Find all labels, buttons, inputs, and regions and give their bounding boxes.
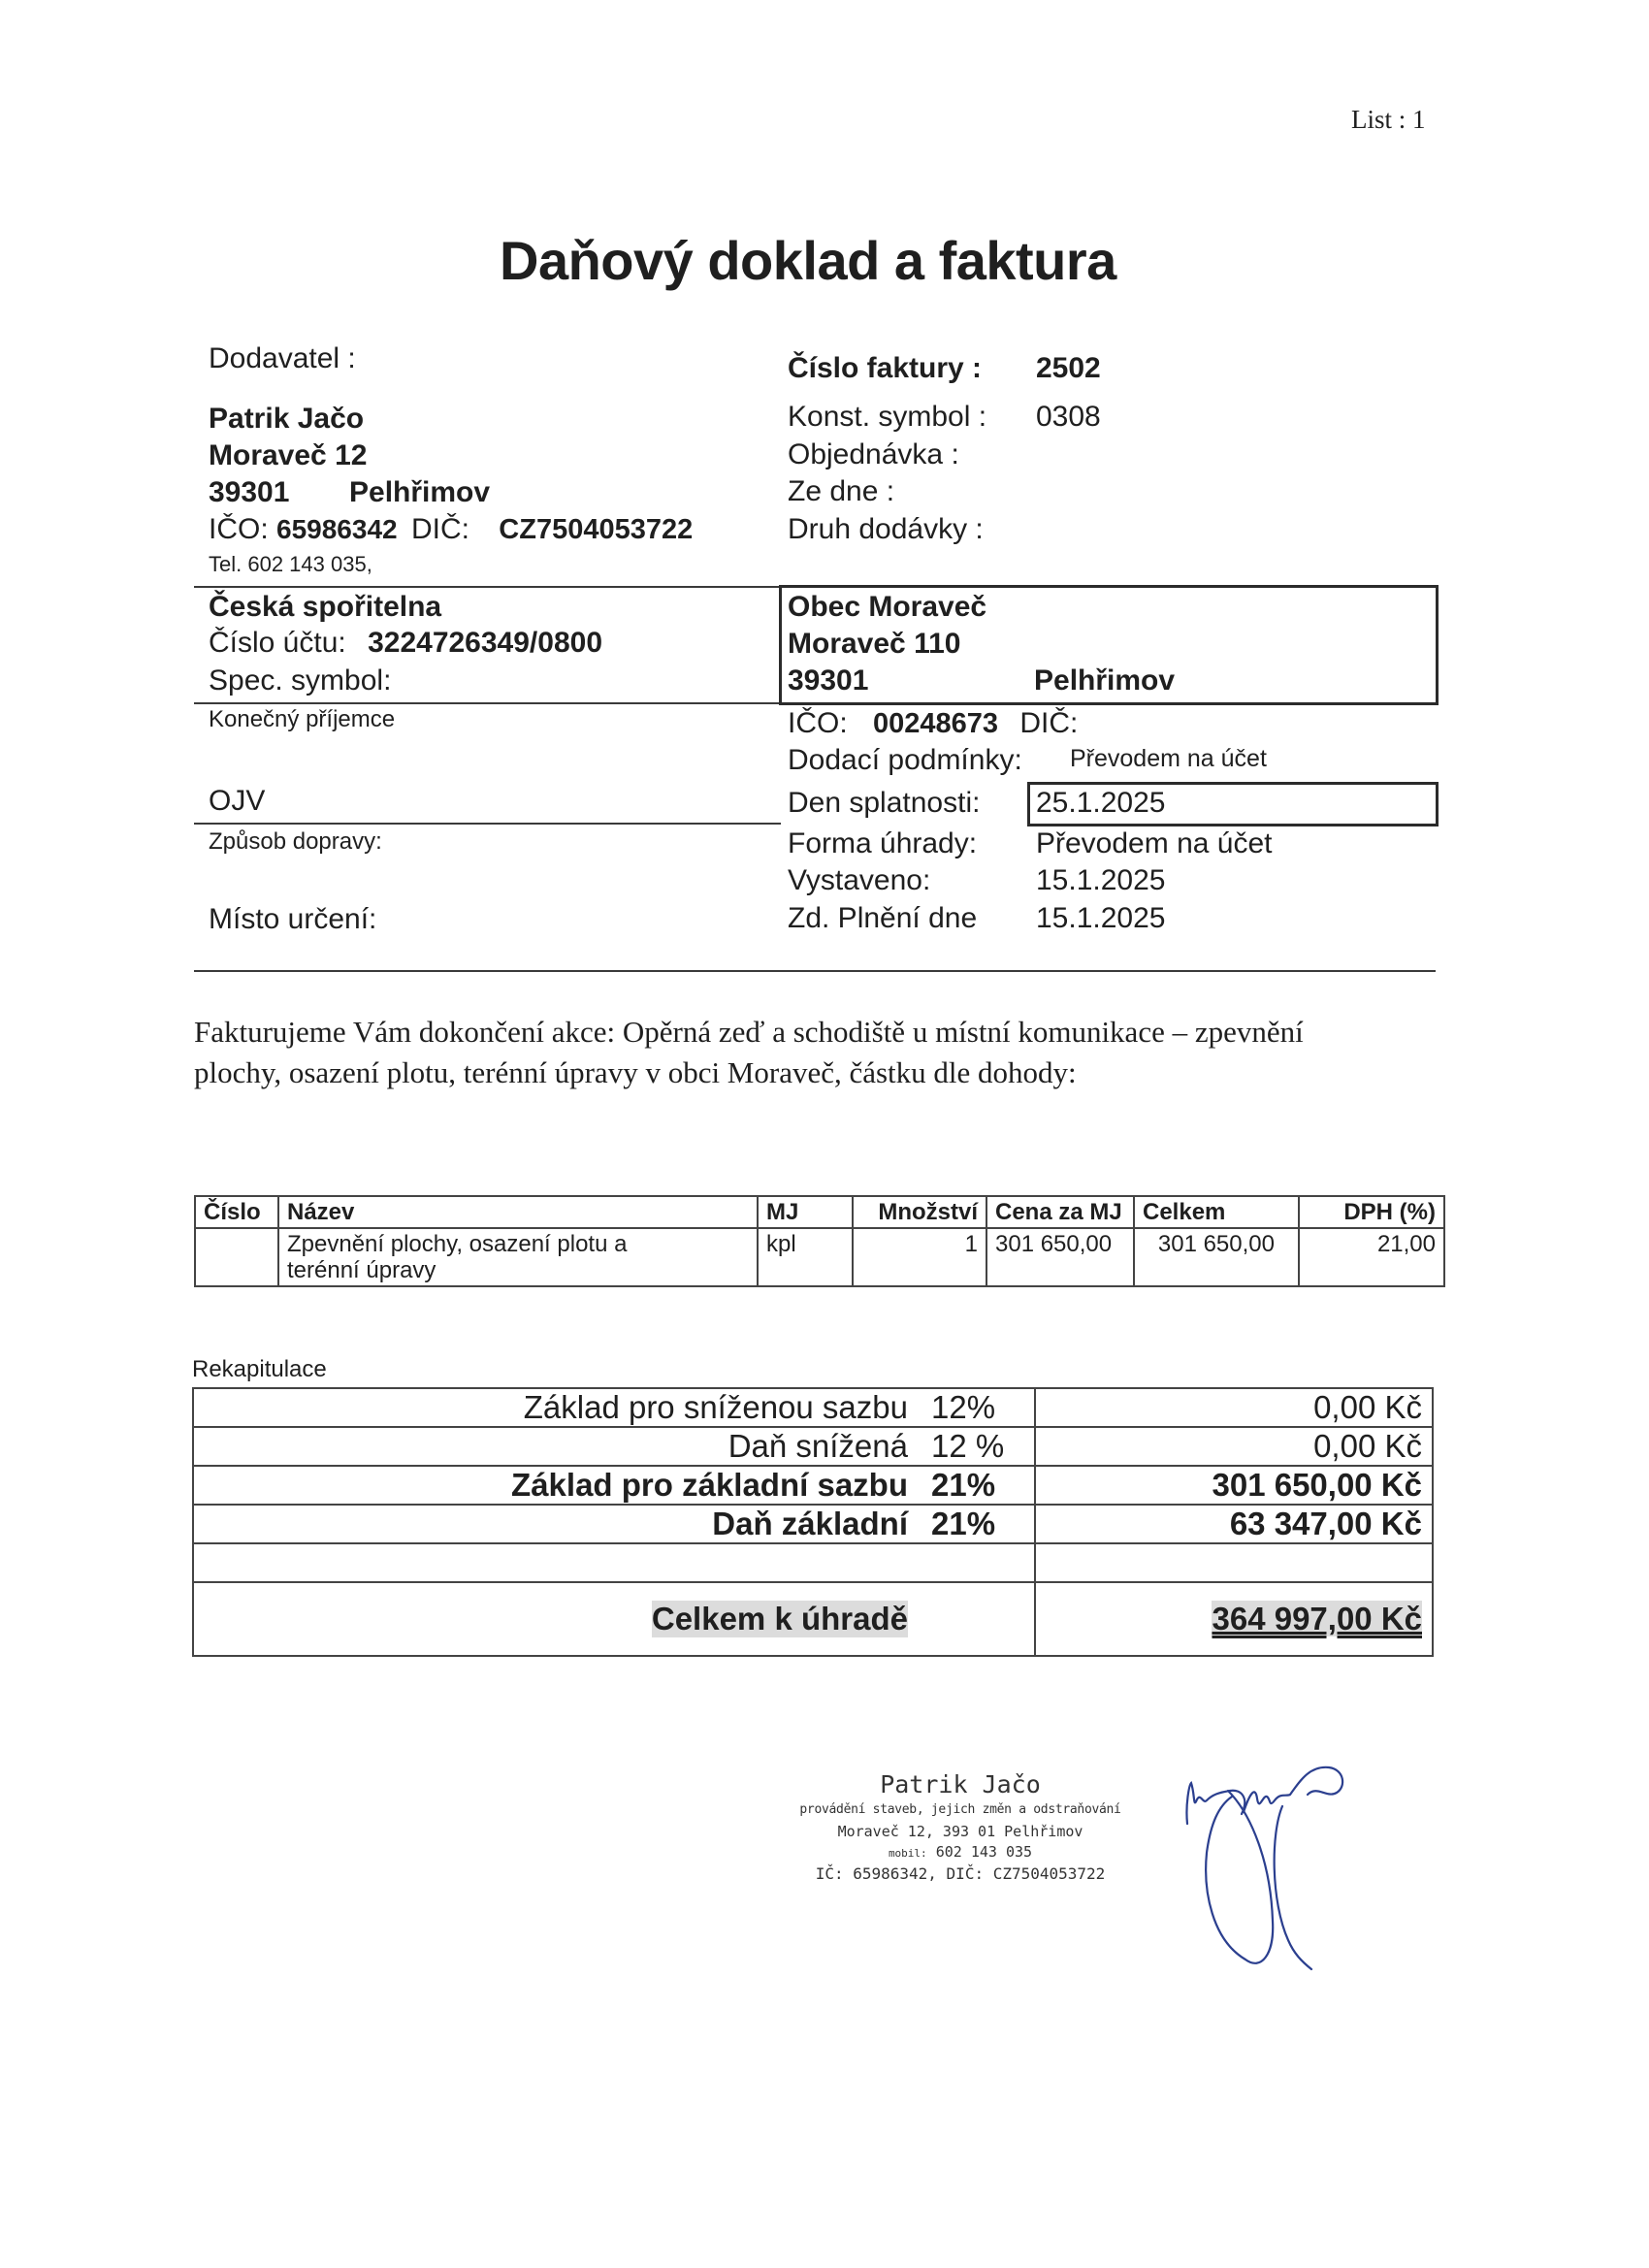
items-header-row: Číslo Název MJ Množství Cena za MJ Celke… xyxy=(195,1196,1444,1228)
issued-date: 15.1.2025 xyxy=(1036,863,1165,898)
customer-street: Moraveč 110 xyxy=(788,627,960,662)
due-date: 25.1.2025 xyxy=(1036,786,1165,821)
stamp-name: Patrik Jačo xyxy=(766,1770,1154,1799)
taxable-date-label: Zd. Plnění dne xyxy=(788,901,977,936)
supplier-city: Pelhřimov xyxy=(349,475,490,510)
item-number xyxy=(195,1228,278,1286)
item-quantity: 1 xyxy=(853,1228,986,1286)
due-date-label: Den splatnosti: xyxy=(788,786,980,821)
delivery-terms-label: Dodací podmínky: xyxy=(788,743,1022,778)
page-title: Daňový doklad a faktura xyxy=(500,229,1116,292)
customer-city: Pelhřimov xyxy=(1034,664,1175,698)
recap-row: Základ pro základní sazbu21% 301 650,00 … xyxy=(193,1466,1433,1505)
total-amount: 364 997,00 Kč xyxy=(1212,1601,1422,1636)
issued-label: Vystaveno: xyxy=(788,863,930,898)
recap-row-amount: 0,00 Kč xyxy=(1035,1427,1433,1466)
customer-zip: 39301 xyxy=(788,664,868,698)
recap-row-amount xyxy=(1035,1543,1433,1582)
const-symbol: 0308 xyxy=(1036,400,1101,435)
recap-label: Rekapitulace xyxy=(192,1356,327,1383)
col-vat: DPH (%) xyxy=(1299,1196,1444,1228)
col-total: Celkem xyxy=(1134,1196,1299,1228)
supplier-dic-label: DIČ: xyxy=(411,513,469,545)
recap-row-rate: 21% xyxy=(908,1467,1034,1504)
customer-ico: 00248673 xyxy=(873,708,998,739)
recap-row-amount: 63 347,00 Kč xyxy=(1035,1505,1433,1543)
item-vat: 21,00 xyxy=(1299,1228,1444,1286)
supplier-ico-label: IČO: xyxy=(209,513,269,545)
invoice-number-label: Číslo faktury : xyxy=(788,351,982,386)
recap-row-label: Základ pro základní sazbu xyxy=(511,1467,908,1504)
stamp-phone-row: mobil: 602 143 035 xyxy=(766,1842,1154,1863)
customer-ico-label: IČO: xyxy=(788,707,848,739)
recap-row-amount: 0,00 Kč xyxy=(1035,1388,1433,1427)
stamp-ids: IČ: 65986342, DIČ: CZ7504053722 xyxy=(766,1863,1154,1885)
invoice-number: 2502 xyxy=(1036,351,1101,386)
taxable-date: 15.1.2025 xyxy=(1036,901,1165,936)
recap-total-row: Celkem k úhradě 364 997,00 Kč xyxy=(193,1582,1433,1656)
supplier-label: Dodavatel : xyxy=(209,341,356,376)
order-label: Objednávka : xyxy=(788,437,959,472)
recap-row-empty xyxy=(193,1543,1433,1582)
stamp-phone-label: mobil: xyxy=(889,1847,927,1860)
total-label: Celkem k úhradě xyxy=(652,1601,908,1637)
description-line-2: plochy, osazení plotu, terénní úpravy v … xyxy=(194,1055,1077,1090)
items-table: Číslo Název MJ Množství Cena za MJ Celke… xyxy=(194,1195,1445,1287)
recap-row-rate: 12 % xyxy=(908,1428,1034,1465)
customer-name: Obec Moraveč xyxy=(788,590,986,625)
delivery-type-label: Druh dodávky : xyxy=(788,512,984,547)
bank-account: 3224726349/0800 xyxy=(368,627,602,659)
sheet-number: List : 1 xyxy=(1351,105,1426,135)
recap-row-label: Daň snížená xyxy=(728,1428,908,1465)
recap-row: Daň základní21% 63 347,00 Kč xyxy=(193,1505,1433,1543)
divider-recipient xyxy=(194,823,781,825)
const-symbol-label: Konst. symbol : xyxy=(788,400,986,435)
delivery-terms: Převodem na účet xyxy=(1070,745,1267,772)
col-unit: MJ xyxy=(758,1196,853,1228)
recap-row-rate: 21% xyxy=(908,1506,1034,1542)
description-line-1: Fakturujeme Vám dokončení akce: Opěrná z… xyxy=(194,1015,1304,1050)
item-name: Zpevnění plochy, osazení plotu a terénní… xyxy=(278,1228,758,1286)
divider-bank-bottom xyxy=(194,702,781,704)
bank-account-row: Číslo účtu: 3224726349/0800 xyxy=(209,626,602,661)
col-quantity: Množství xyxy=(853,1196,986,1228)
col-unit-price: Cena za MJ xyxy=(986,1196,1134,1228)
divider-bank-top xyxy=(194,586,781,588)
stamp-address: Moraveč 12, 393 01 Pelhřimov xyxy=(766,1821,1154,1842)
item-unit: kpl xyxy=(758,1228,853,1286)
supplier-ico-row: IČO: 65986342 DIČ: CZ7504053722 xyxy=(209,512,693,547)
payment-form-label: Forma úhrady: xyxy=(788,826,977,861)
recap-table: Základ pro sníženou sazbu12% 0,00 Kč Daň… xyxy=(192,1387,1434,1657)
recap-row-label: Základ pro sníženou sazbu xyxy=(524,1389,908,1426)
final-recipient-value: OJV xyxy=(209,784,265,819)
col-name: Název xyxy=(278,1196,758,1228)
col-number: Číslo xyxy=(195,1196,278,1228)
supplier-name: Patrik Jačo xyxy=(209,402,364,437)
stamp-phone: 602 143 035 xyxy=(936,1843,1032,1861)
bank-name: Česká spořitelna xyxy=(209,590,441,625)
customer-dic-label: DIČ: xyxy=(1019,707,1078,739)
recap-row-amount: 301 650,00 Kč xyxy=(1035,1466,1433,1505)
spec-symbol-row: Spec. symbol: xyxy=(209,664,391,698)
signature-icon xyxy=(1174,1756,1387,1979)
order-date-label: Ze dne : xyxy=(788,474,894,509)
customer-ico-row: IČO: 00248673 DIČ: xyxy=(788,706,1078,741)
spec-symbol-label: Spec. symbol: xyxy=(209,664,391,697)
recap-row-label: Daň základní xyxy=(712,1506,908,1542)
payment-form: Převodem na účet xyxy=(1036,826,1272,861)
company-stamp: Patrik Jačo provádění staveb, jejich změ… xyxy=(766,1770,1154,1885)
supplier-phone: Tel. 602 143 035, xyxy=(209,551,372,578)
supplier-street: Moraveč 12 xyxy=(209,438,367,473)
supplier-ico: 65986342 xyxy=(276,514,398,544)
recap-row-rate: 12% xyxy=(908,1389,1034,1426)
transport-label: Způsob dopravy: xyxy=(209,828,382,856)
table-row: Zpevnění plochy, osazení plotu a terénní… xyxy=(195,1228,1444,1286)
item-unit-price: 301 650,00 xyxy=(986,1228,1134,1286)
stamp-activity: provádění staveb, jejich změn a odstraňo… xyxy=(766,1799,1154,1821)
bank-account-label: Číslo účtu: xyxy=(209,627,346,659)
supplier-dic: CZ7504053722 xyxy=(499,514,693,545)
divider-header-bottom xyxy=(194,970,1436,972)
supplier-zip: 39301 xyxy=(209,475,289,510)
destination-label: Místo určení: xyxy=(209,902,376,937)
final-recipient-label: Konečný příjemce xyxy=(209,706,395,733)
recap-row: Základ pro sníženou sazbu12% 0,00 Kč xyxy=(193,1388,1433,1427)
item-total: 301 650,00 xyxy=(1134,1228,1299,1286)
recap-row: Daň snížená12 % 0,00 Kč xyxy=(193,1427,1433,1466)
